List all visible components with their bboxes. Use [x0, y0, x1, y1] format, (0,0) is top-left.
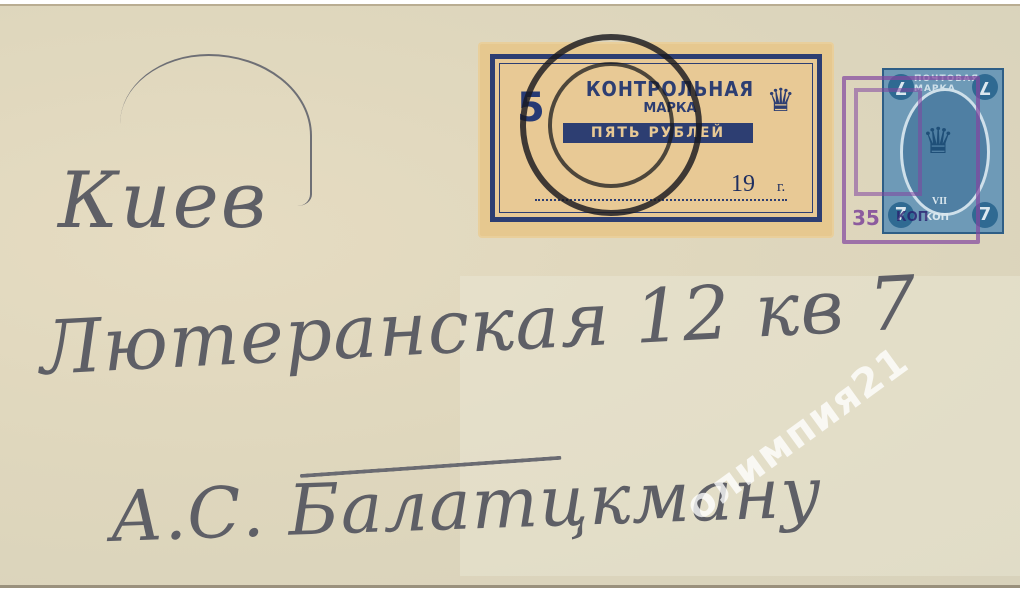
stamp-year-suffix: г. — [777, 179, 785, 196]
handstamp-inner-box — [854, 88, 922, 196]
violet-box-handstamp: 35 КОП — [842, 76, 980, 244]
postmark-cancellation — [520, 34, 702, 216]
double-headed-eagle-icon: ♛ — [766, 81, 795, 119]
stamp-year-prefix: 19 — [731, 171, 755, 198]
address-street: Лютеранская 12 кв 7 — [38, 260, 919, 392]
postmark-inner-ring — [548, 62, 674, 188]
handstamp-value: 35 — [852, 206, 880, 230]
handstamp-currency: КОП — [896, 210, 929, 225]
address-city: Киев — [58, 156, 268, 246]
envelope: Киев Лютеранская 12 кв 7 А.С. Балатцкман… — [0, 4, 1020, 588]
